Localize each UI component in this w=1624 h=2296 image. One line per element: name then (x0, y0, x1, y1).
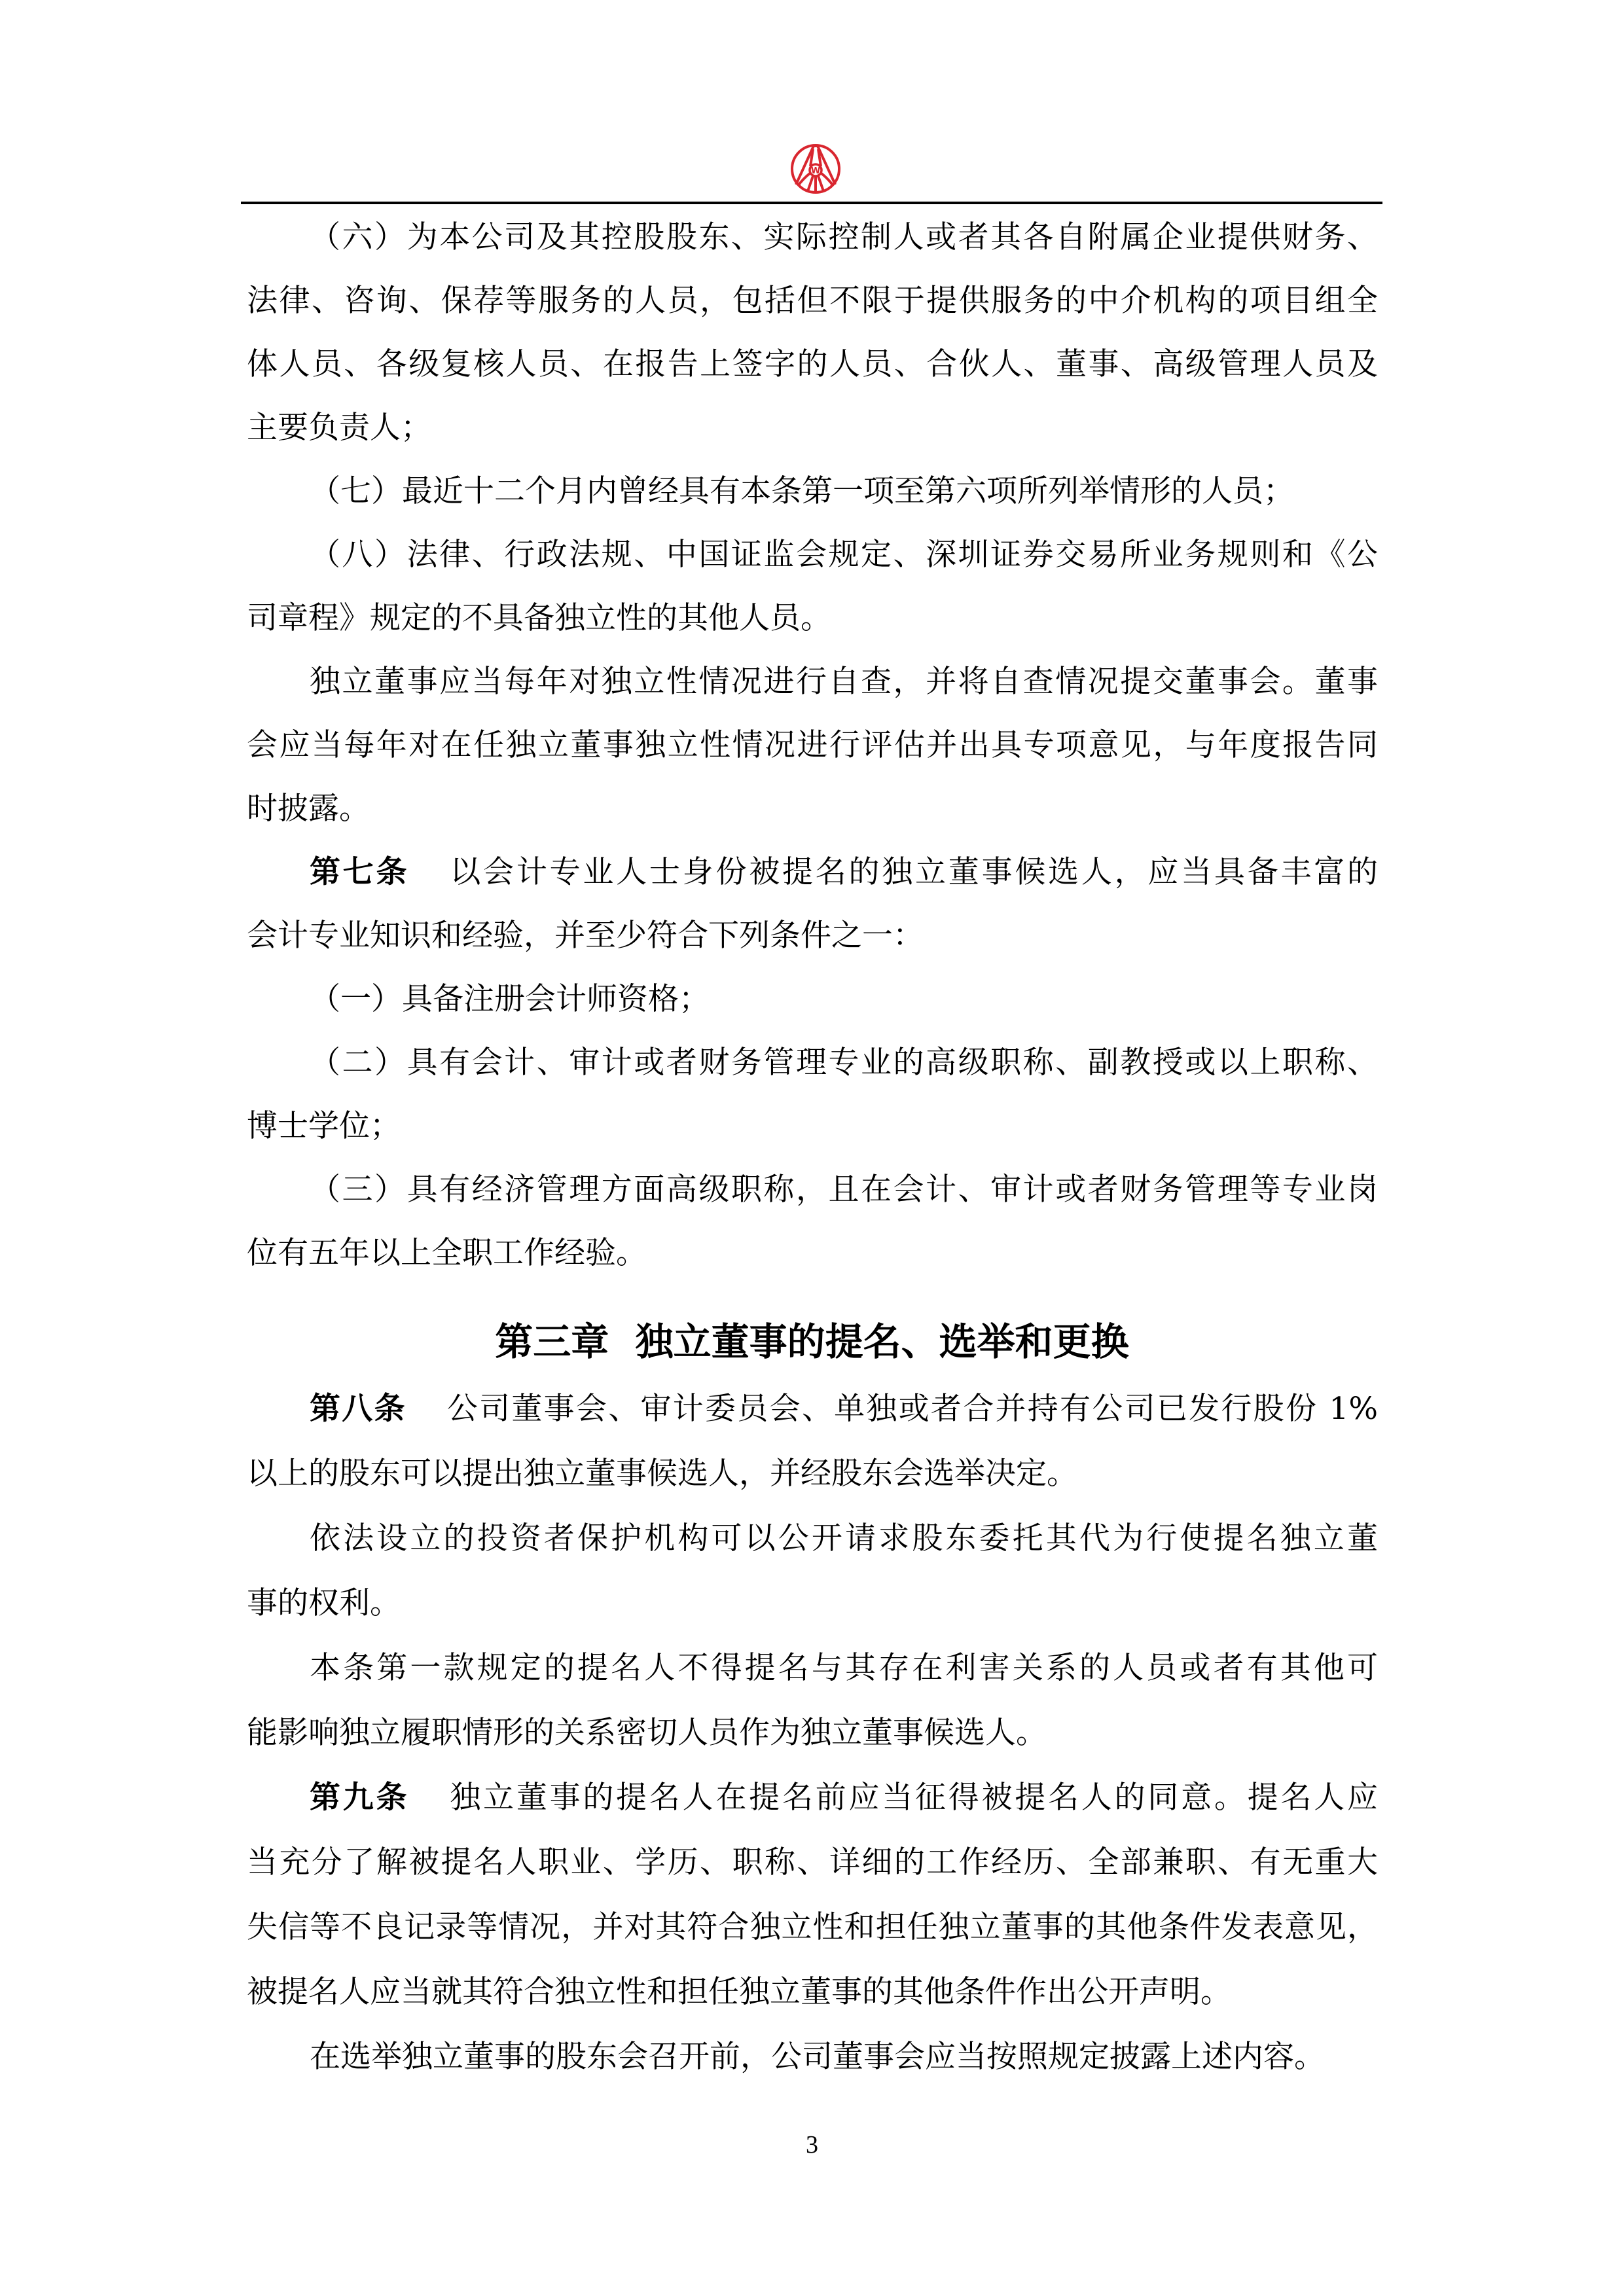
article-9-line-2: 当充分了解被提名人职业、学历、职称、详细的工作经历、全部兼职、有无重大 (247, 1843, 1378, 1882)
article-9-line-4: 被提名人应当就其符合独立性和担任独立董事的其他条件作出公开声明。 (247, 1973, 1378, 2012)
article-8-p2-line-2: 事的权利。 (247, 1584, 1378, 1623)
article-7-line-2: 会计专业知识和经验，并至少符合下列条件之一： (247, 916, 1378, 956)
item-8-line-1: （八）法律、行政法规、中国证监会规定、深圳证券交易所业务规则和《公 (310, 535, 1378, 575)
article-7-item-1: （一）具备注册会计师资格； (310, 980, 1378, 1019)
item-6-line-3: 体人员、各级复核人员、在报告上签字的人员、合伙人、董事、高级管理人员及 (247, 345, 1378, 384)
article-8-label: 第八条 (310, 1391, 406, 1427)
article-9-line-3: 失信等不良记录等情况，并对其符合独立性和担任独立董事的其他条件发表意见， (247, 1908, 1378, 1947)
item-8-line-2: 司章程》规定的不具备独立性的其他人员。 (247, 599, 1378, 638)
article-8-p3-line-1: 本条第一款规定的提名人不得提名与其存在利害关系的人员或者有其他可 (310, 1649, 1378, 1688)
article-8-line-2: 以上的股东可以提出独立董事候选人，并经股东会选举决定。 (247, 1454, 1378, 1494)
article-7-label: 第七条 (310, 854, 409, 890)
document-page: W （六）为本公司及其控股股东、实际控制人或者其各自附属企业提供财务、 法律、咨… (0, 0, 1624, 2296)
article-9-label: 第九条 (310, 1780, 409, 1816)
item-6-line-2: 法律、咨询、保荐等服务的人员，包括但不限于提供服务的中介机构的项目组全 (247, 281, 1378, 321)
self-check-line-3: 时披露。 (247, 789, 1378, 829)
article-9-line-1: 第九条独立董事的提名人在提名前应当征得被提名人的同意。提名人应 (310, 1778, 1378, 1818)
self-check-line-2: 会应当每年对在任独立董事独立性情况进行评估并出具专项意见，与年度报告同 (247, 726, 1378, 765)
article-7-item-3-line-1: （三）具有经济管理方面高级职称，且在会计、审计或者财务管理等专业岗 (310, 1170, 1378, 1210)
article-9-p2-line-1: 在选举独立董事的股东会召开前，公司董事会应当按照规定披露上述内容。 (310, 2037, 1378, 2077)
item-6-line-1: （六）为本公司及其控股股东、实际控制人或者其各自附属企业提供财务、 (310, 218, 1378, 257)
article-8-text: 公司董事会、审计委员会、单独或者合并持有公司已发行股份 1% (447, 1391, 1378, 1427)
article-7-item-3-line-2: 位有五年以上全职工作经验。 (247, 1234, 1378, 1273)
article-7-text: 以会计专业人士身份被提名的独立董事候选人，应当具备丰富的 (450, 854, 1378, 890)
wuliangye-logo-icon: W (789, 143, 842, 195)
article-9-text: 独立董事的提名人在提名前应当征得被提名人的同意。提名人应 (450, 1780, 1378, 1816)
article-7-item-2-line-2: 博士学位； (247, 1107, 1378, 1146)
article-8-p2-line-1: 依法设立的投资者保护机构可以公开请求股东委托其代为行使提名独立董 (310, 1519, 1378, 1558)
item-6-line-4: 主要负责人； (247, 408, 1378, 448)
svg-text:W: W (811, 166, 820, 176)
header-rule (241, 202, 1382, 204)
self-check-line-1: 独立董事应当每年对独立性情况进行自查，并将自查情况提交董事会。董事 (310, 662, 1378, 702)
item-7-line-1: （七）最近十二个月内曾经具有本条第一项至第六项所列举情形的人员； (310, 472, 1378, 511)
page-number: 3 (0, 2128, 1624, 2161)
article-7-line-1: 第七条以会计专业人士身份被提名的独立董事候选人，应当具备丰富的 (310, 853, 1378, 892)
chapter-heading: 第三章 独立董事的提名、选举和更换 (0, 1316, 1624, 1368)
article-8-p3-line-2: 能影响独立履职情形的关系密切人员作为独立董事候选人。 (247, 1713, 1378, 1753)
article-8-line-1: 第八条公司董事会、审计委员会、单独或者合并持有公司已发行股份 1% (310, 1390, 1378, 1429)
article-7-item-2-line-1: （二）具有会计、审计或者财务管理专业的高级职称、副教授或以上职称、 (310, 1043, 1378, 1083)
